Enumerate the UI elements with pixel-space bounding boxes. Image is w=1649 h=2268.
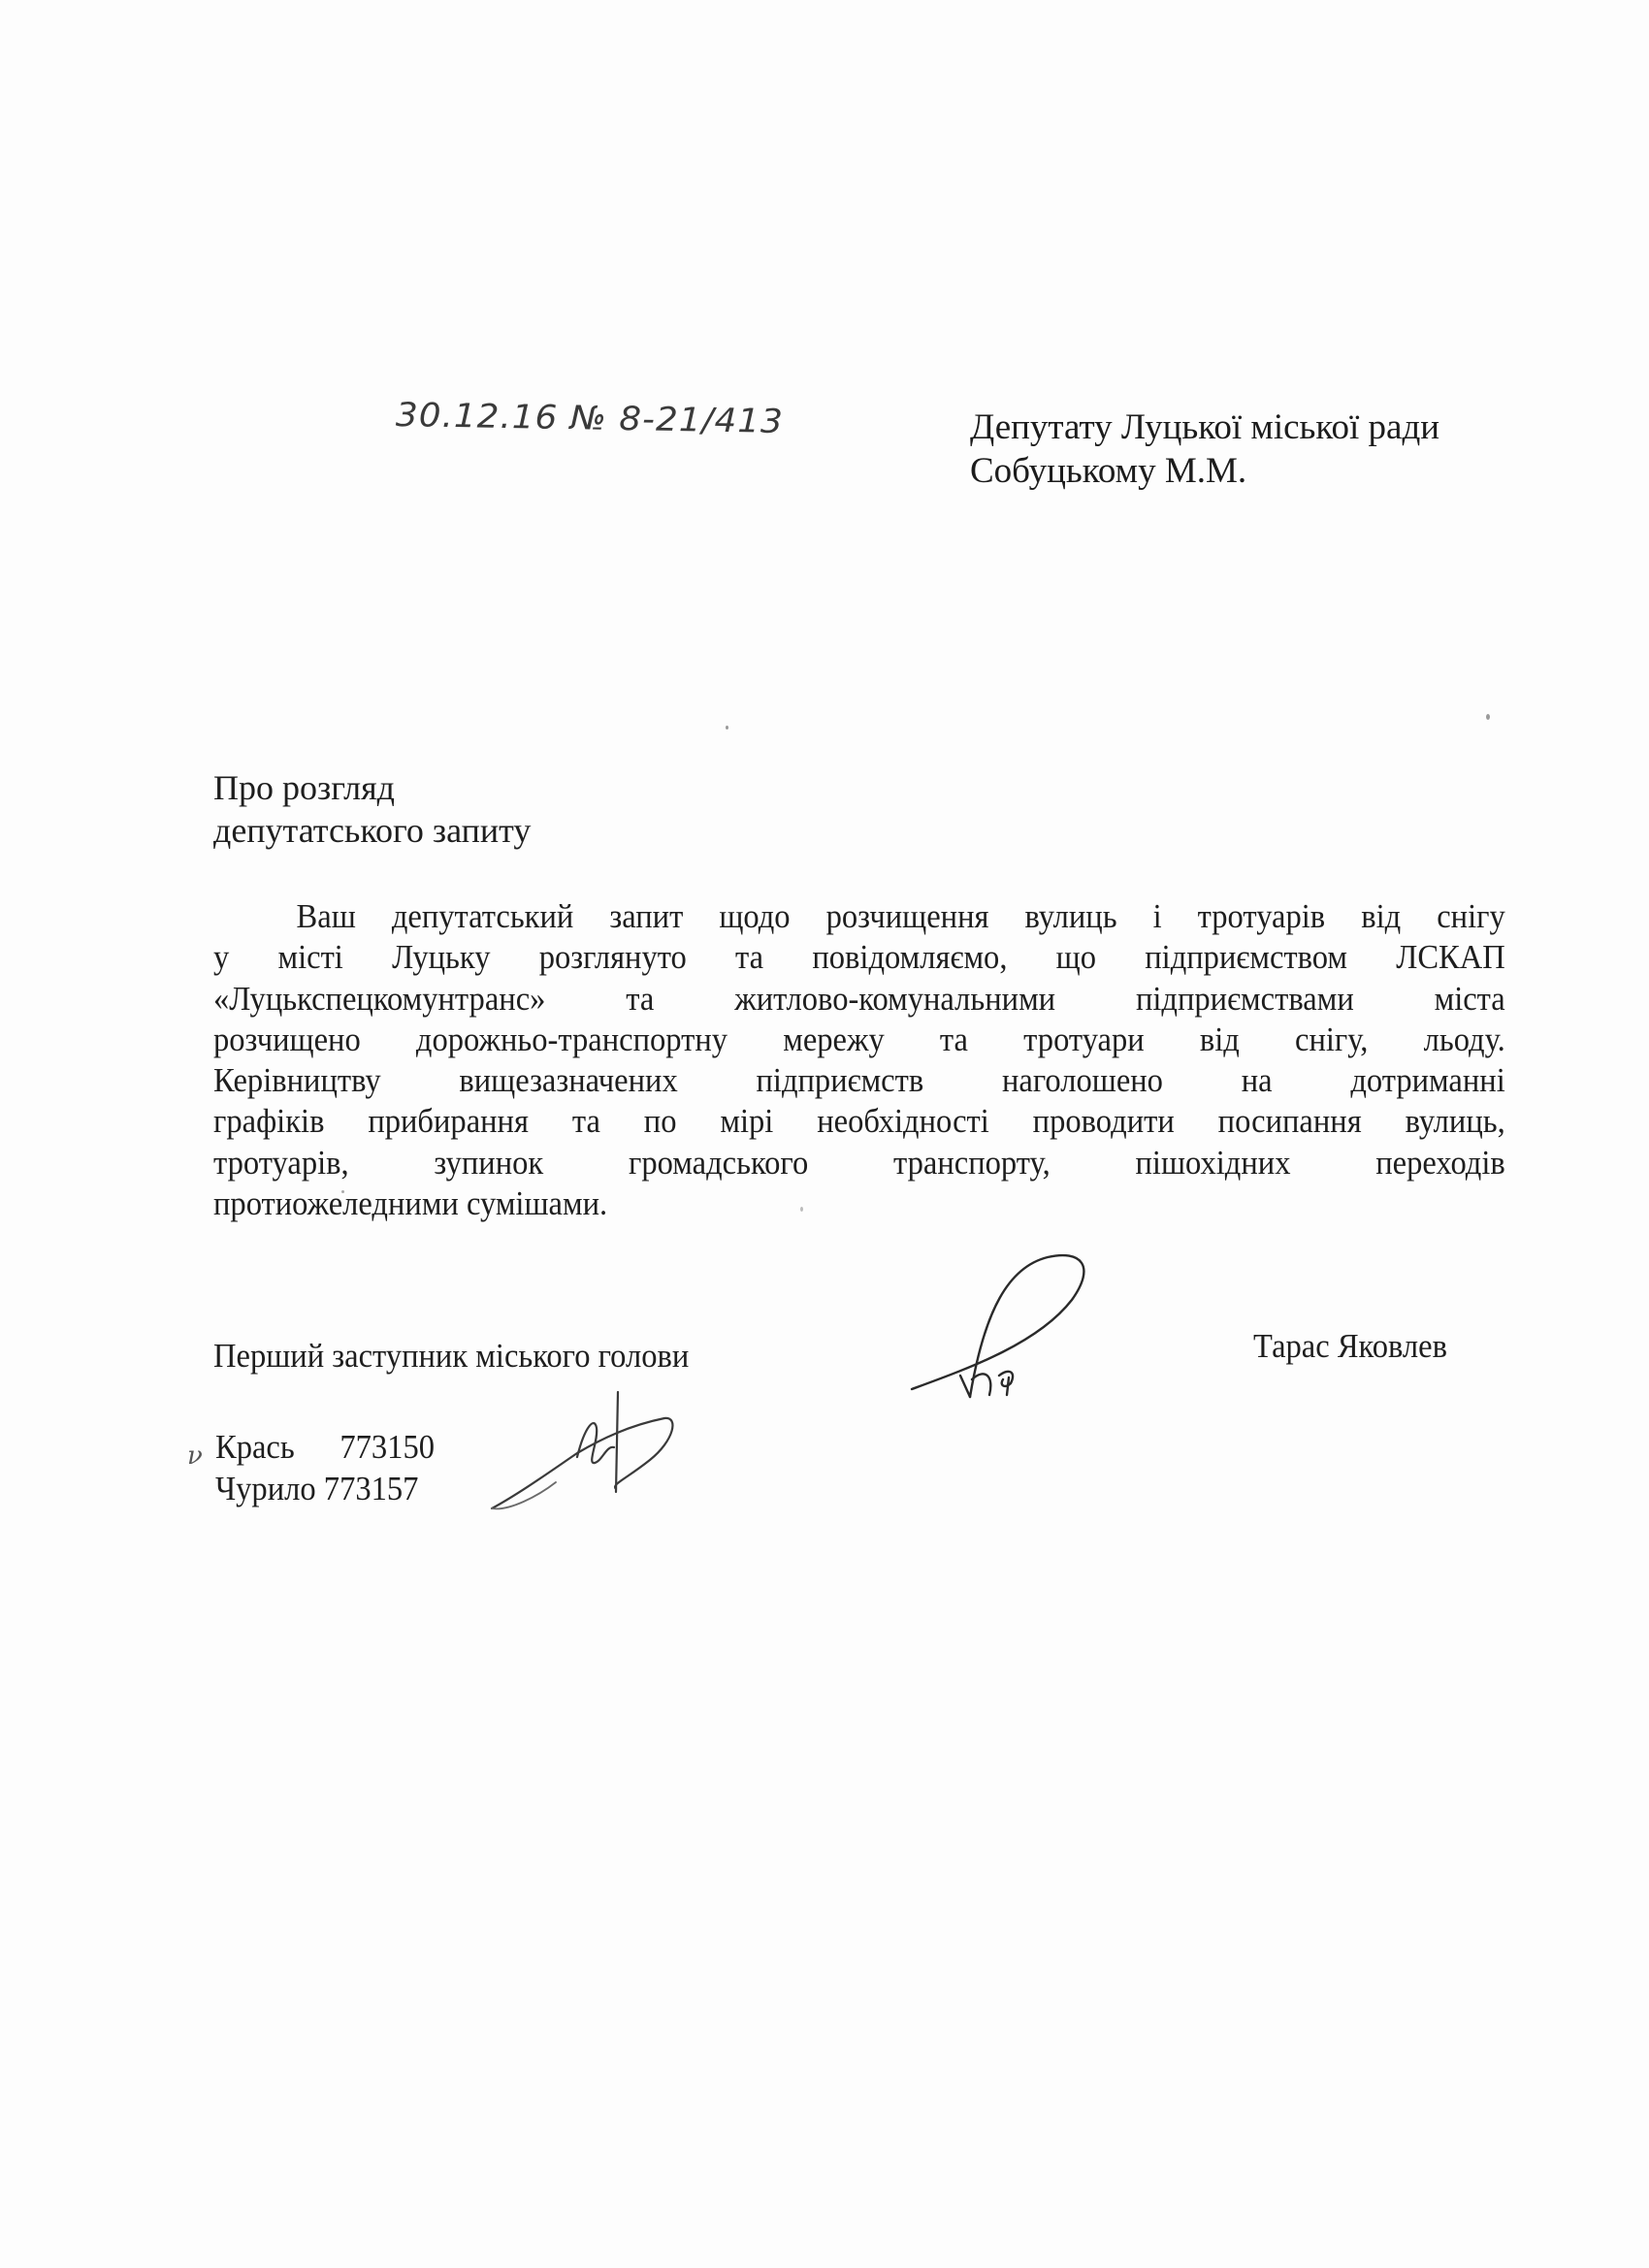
contact-row: Чурило 773157: [215, 1468, 435, 1509]
contacts-block: Крась773150 Чурило 773157: [215, 1426, 435, 1509]
contact-row: Крась773150: [215, 1426, 435, 1468]
letter-body: Ваш депутатський запит щодо розчищення в…: [213, 896, 1505, 1224]
body-line: «Луцькспецкомунтранс» та житлово-комунал…: [213, 979, 1505, 1020]
registration-number-handwritten: 30.12.16 № 8-21/413: [396, 396, 785, 441]
scan-speck: [800, 1207, 803, 1212]
initials-signature-icon: [480, 1387, 694, 1533]
document-page: 30.12.16 № 8-21/413 Депутату Луцької міс…: [0, 0, 1649, 2268]
signer-position: Перший заступник міського голови: [213, 1337, 689, 1376]
scan-speck: [1486, 714, 1490, 720]
handwritten-signature: [902, 1251, 1115, 1416]
body-line: протиожеледними сумішами.: [213, 1183, 1505, 1224]
subject-block: Про розгляд депутатського запиту: [213, 766, 531, 852]
signature-icon: [902, 1251, 1115, 1416]
signer-name: Тарас Яковлев: [1253, 1327, 1447, 1366]
body-line: Ваш депутатський запит щодо розчищення в…: [213, 896, 1505, 937]
contact-name: Чурило: [215, 1468, 316, 1509]
subject-line-1: Про розгляд: [213, 766, 531, 809]
scan-speck: [726, 726, 728, 729]
subject-line-2: депутатського запиту: [213, 809, 531, 852]
addressee-line-1: Депутату Луцької міської ради: [970, 405, 1439, 449]
contact-phone: 773157: [324, 1468, 419, 1509]
scan-speck: [341, 1190, 344, 1193]
body-line: у місті Луцьку розглянуто та повідомляєм…: [213, 937, 1505, 978]
addressee-block: Депутату Луцької міської ради Собуцькому…: [970, 405, 1439, 493]
contact-phone: 773150: [339, 1426, 435, 1468]
addressee-line-2: Собуцькому М.М.: [970, 449, 1439, 493]
body-line: тротуарів, зупинок громадського транспор…: [213, 1143, 1505, 1183]
body-line: Керівництву вищезазначених підприємств н…: [213, 1060, 1505, 1101]
body-line: розчищено дорожньо-транспортну мережу та…: [213, 1020, 1505, 1060]
initials-signature: [480, 1387, 694, 1533]
contact-name: Крась: [215, 1426, 339, 1468]
check-mark-icon: ν: [187, 1442, 203, 1471]
body-line: графіків прибирання та по мірі необхідно…: [213, 1101, 1505, 1142]
